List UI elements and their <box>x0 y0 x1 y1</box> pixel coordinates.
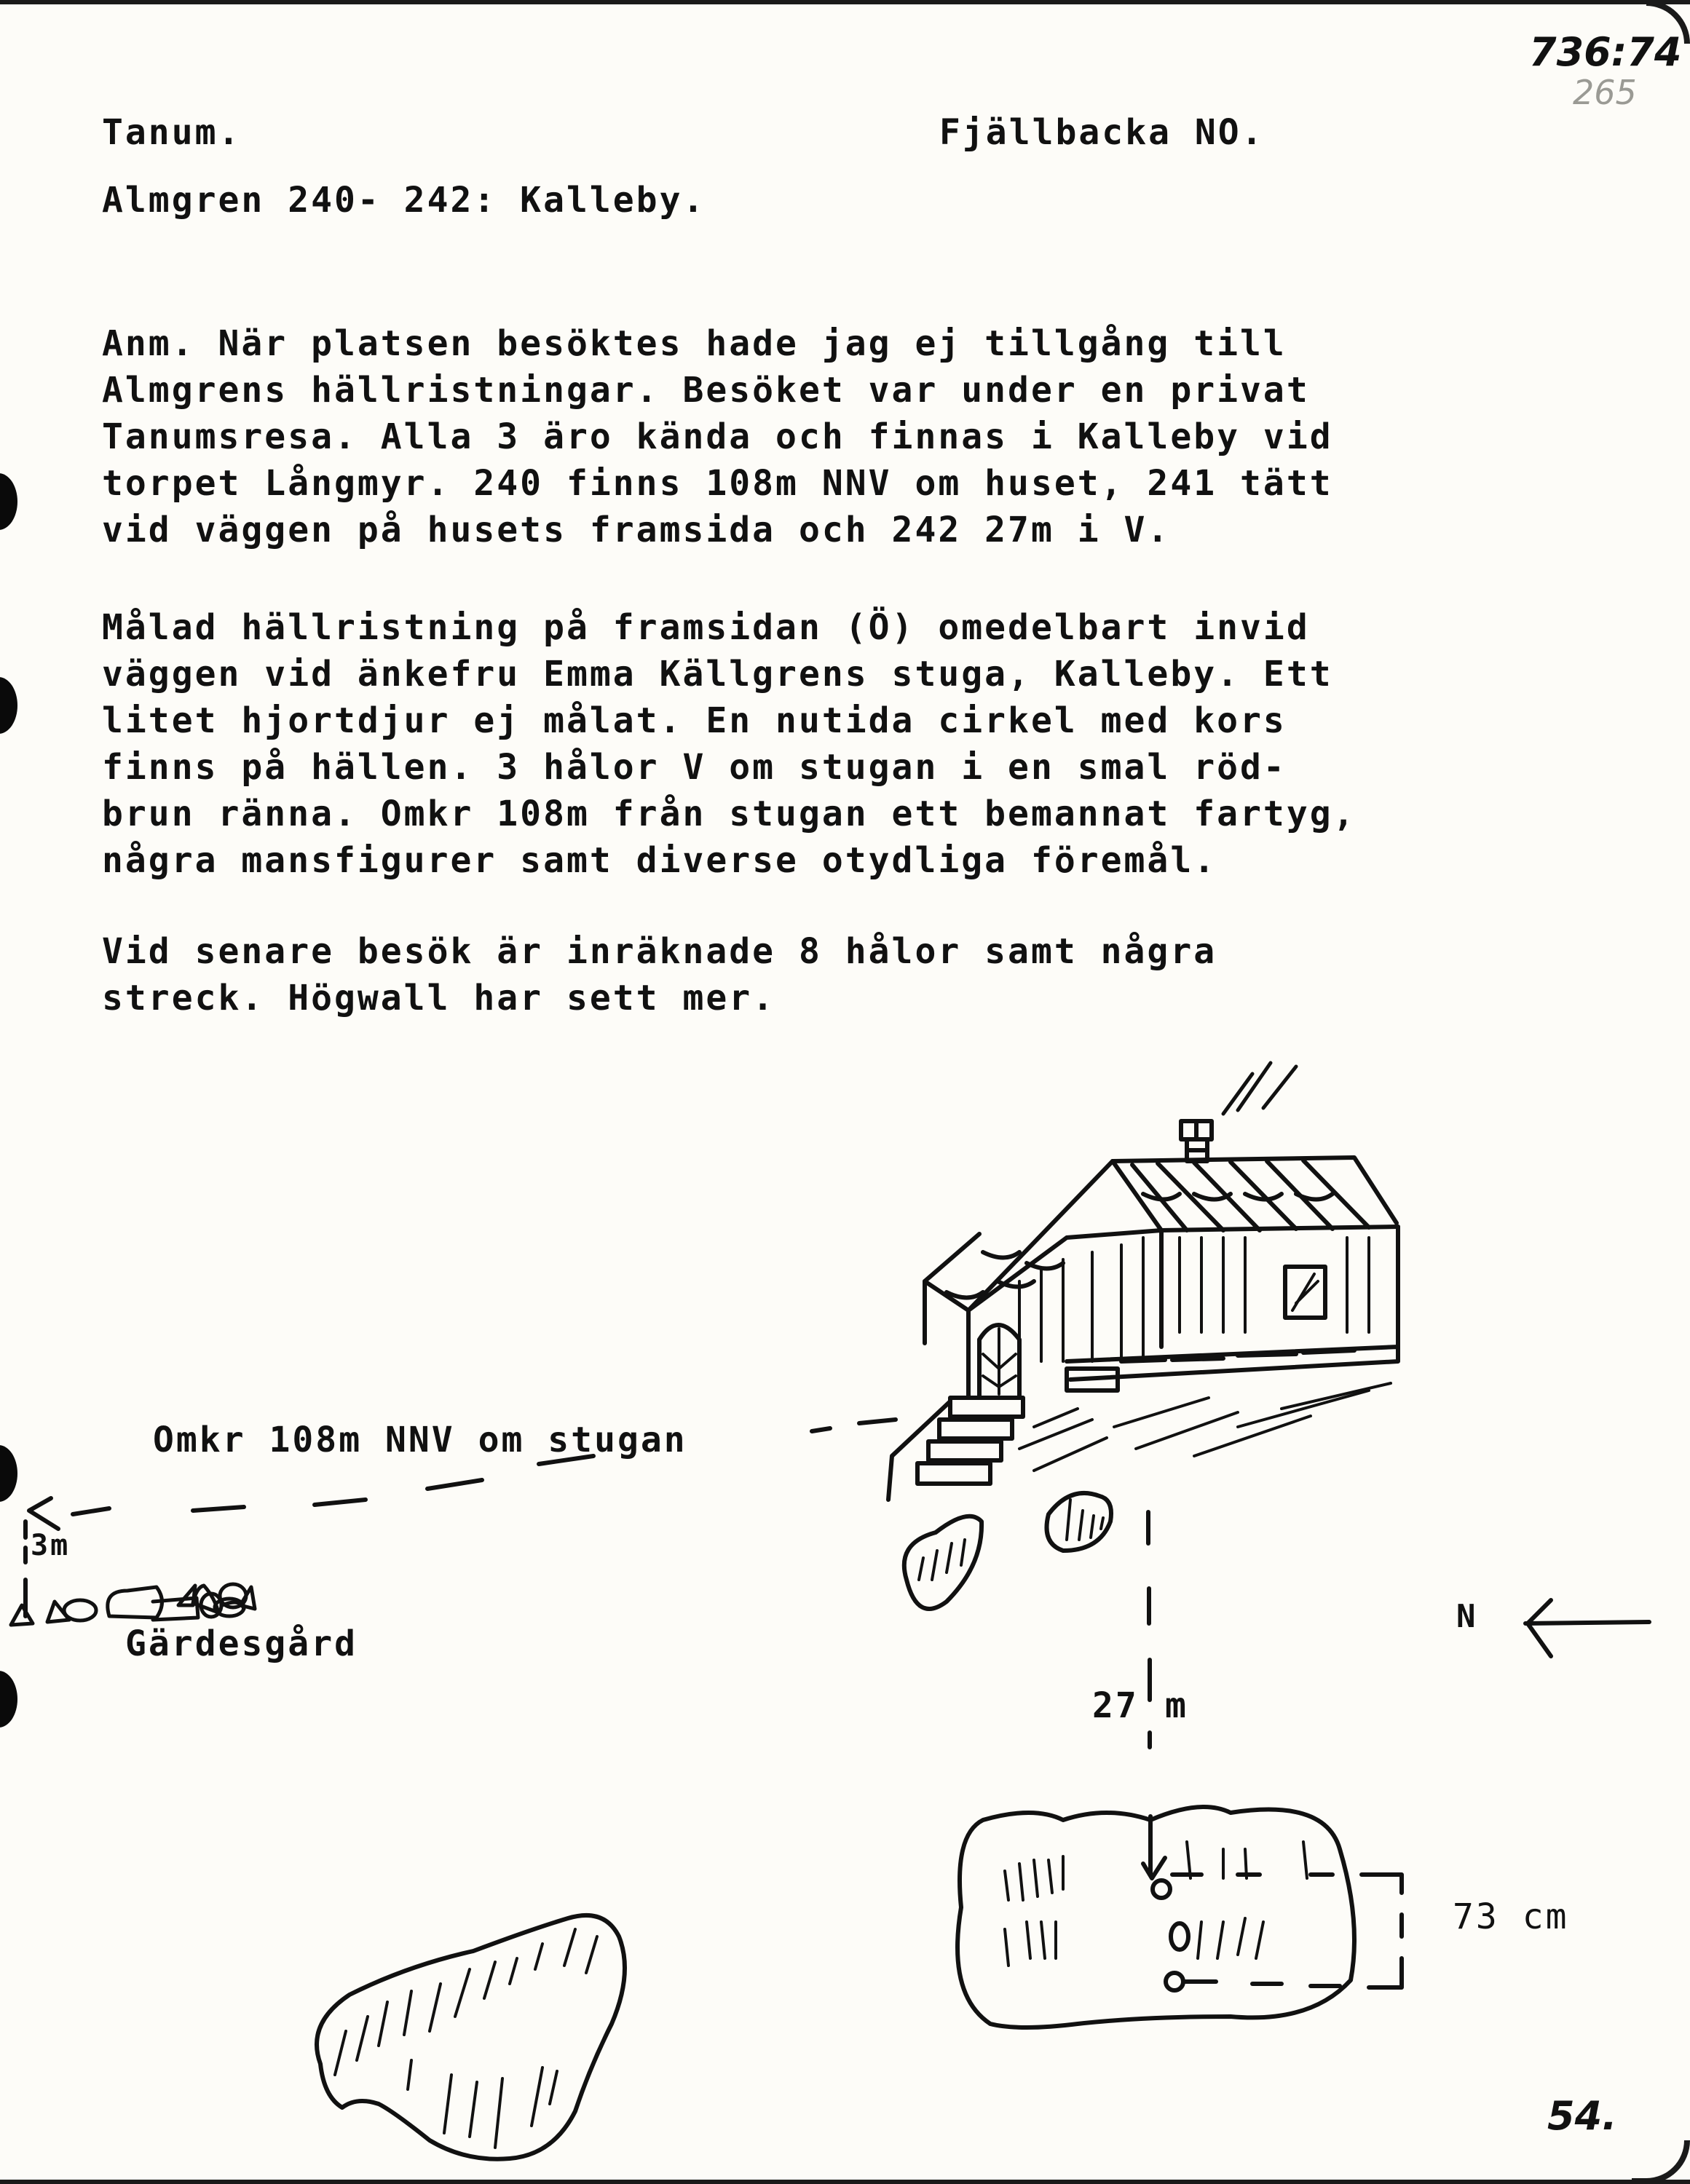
distance-27m-line <box>1148 1512 1150 1747</box>
site-sketch <box>0 0 1690 2184</box>
cupmark-rock-outline <box>957 1807 1402 2027</box>
rock-outline <box>1047 1493 1112 1551</box>
chimney-icon <box>1181 1121 1212 1161</box>
direction-label: Omkr 108m NNV om stugan <box>153 1420 687 1460</box>
stone-wall-label: Gärdesgård <box>125 1623 358 1664</box>
distance-27m-number: 27 <box>1092 1685 1139 1726</box>
north-label: N <box>1456 1598 1478 1635</box>
cupmark-span-label: 73 cm <box>1453 1896 1569 1937</box>
page-number: 54. <box>1547 2093 1617 2139</box>
distance-27m-unit: m <box>1165 1685 1188 1726</box>
rock-outline <box>904 1516 982 1609</box>
house-icon <box>888 1158 1398 1500</box>
distance-3m-label: 3m <box>31 1529 70 1562</box>
large-rock-outline <box>317 1915 625 2159</box>
stone-wall-icon <box>11 1584 255 1625</box>
smoke-icon <box>1223 1063 1296 1114</box>
north-arrow-icon <box>1525 1600 1649 1656</box>
